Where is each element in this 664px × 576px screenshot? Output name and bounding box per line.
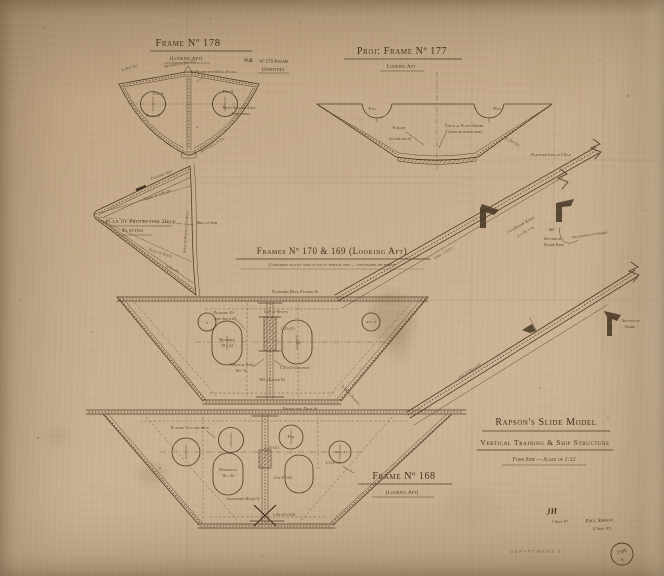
frame-177-subtitle: Looking Aft xyxy=(387,64,416,70)
frame-168-title: Frame Nº 168 xyxy=(372,471,435,482)
annotation-label: Vertical Plate Girder xyxy=(445,123,484,128)
paper-stains xyxy=(19,0,648,576)
annotation-label: M.L. (Lower ⅞) xyxy=(259,378,285,382)
annotation-label: Platform Line at Z Bar xyxy=(531,153,570,157)
annotation-label: At Protective Deck 2¾ dia xyxy=(190,69,238,74)
annotation-label: L 3×2½ ⅜ xyxy=(326,461,341,465)
annotation-label: (in one piece) xyxy=(389,137,412,141)
title-block-line1: Rapson's Slide Model xyxy=(495,417,596,428)
annotation-label: L 2½×2½ xyxy=(265,446,279,450)
annotation-label: F'ld xyxy=(493,106,501,111)
annotation-label: (similar other side) xyxy=(448,130,482,134)
title-block-scale: Fore Side — Scale of 1:12 xyxy=(511,457,575,463)
note-omitted-block: N.B. Nº 179 Frame (Omitted) xyxy=(244,59,289,73)
break-mark xyxy=(591,139,601,159)
annotation-label: Airh. ⅞ xyxy=(366,320,377,324)
annotation-label: ⅜ plate xyxy=(392,125,405,130)
annotation-label: Seam of Plate xyxy=(148,248,172,259)
stamp-letter: A xyxy=(620,557,624,562)
signature-name: Paul Simson xyxy=(584,517,613,524)
annotation-label: F'ld xyxy=(368,106,376,111)
annotation-label: Section of xyxy=(544,237,562,241)
annotation-label: Bottom L 3×2½ xyxy=(199,136,225,154)
annotation-label: Manhole xyxy=(219,338,235,342)
frames-170-169-title: Frames Nº 170 & 169 (Looking Aft) xyxy=(257,246,407,256)
title-block: Rapson's Slide Model Vertical Training &… xyxy=(477,417,613,465)
title-block-line2: Vertical Training & Ship Structure xyxy=(480,438,610,447)
register-stamp: 1588 A xyxy=(611,543,633,565)
annotation-label: 24 xyxy=(296,341,300,345)
annotation-label: Vertical Keel xyxy=(230,363,255,367)
drawing-canvas: N.B. Nº 179 Frame (Omitted) Plan of Prot… xyxy=(0,0,664,576)
footer-stamp-text: DEPARTMENT 4 xyxy=(510,549,562,554)
annotation-label: Platform Deck Plating ⅜ xyxy=(272,289,318,294)
annotation-label: 2 Ls 3×2½×5/16 xyxy=(458,363,482,380)
annotation-label: 16 × 24 xyxy=(222,474,234,478)
annotation-label: Frame xyxy=(624,325,635,329)
annotation-label: Airh. ⅞ xyxy=(335,450,346,454)
annotation-label: Protective Deck ⅜ xyxy=(283,406,317,411)
angle-section-sketch xyxy=(556,199,574,222)
stamp-number: 1588 xyxy=(616,548,628,556)
annotation-label: L 2½×2½ xyxy=(505,136,521,148)
note-prefix: N.B. xyxy=(244,59,254,64)
frame-168-subtitle: (Looking Aft) xyxy=(386,489,419,496)
annotation-label: Line of Rivets xyxy=(264,310,288,314)
signature-date: 1 Sept. 97 xyxy=(552,519,569,524)
annotation-label: Frame Bars xyxy=(544,243,564,247)
manhole xyxy=(285,455,313,493)
annotation-label: L 2½×2½×5/16 xyxy=(273,513,296,517)
annotation-label: 30 × ⅜ xyxy=(236,369,247,373)
annotation-label: Manholes xyxy=(219,468,237,472)
break-mark xyxy=(558,169,568,189)
annotation-label: L 2½×2½ (double) xyxy=(280,366,310,370)
annotation-label: Mid. of Ship xyxy=(197,220,218,225)
frames-170-169-subtitle: Considered exactly alike in way of verti… xyxy=(269,262,397,267)
annotation-label: L 2½×2½ xyxy=(281,327,295,331)
vertical-keel xyxy=(256,302,284,399)
note-line1: Nº 179 Frame xyxy=(259,59,289,65)
frame-177-drawing xyxy=(317,72,552,172)
annotation-label: F'ld ⅞ xyxy=(223,89,234,94)
signature-date2: (1 Sept. 97) xyxy=(593,527,612,531)
annotation-label: ⅜ Plate xyxy=(165,265,179,273)
deck-plan-title-line2: Plating xyxy=(122,228,144,234)
annotation-label: Rivet Spacing 4 dia xyxy=(223,105,257,110)
annotation-label: Seam of ⅜ Plate xyxy=(144,189,172,202)
annotation-label: 15 × 24 xyxy=(221,344,233,348)
annotation-label: Lightening xyxy=(232,111,252,116)
paper-sheet: N.B. Nº 179 Frame (Omitted) Plan of Prot… xyxy=(0,0,664,576)
annotation-label: F'ld xyxy=(288,435,295,439)
frame-177-title: Proj: Frame Nº 177 xyxy=(357,46,447,57)
vertical-keel xyxy=(250,414,284,526)
annotation-label: Flanges 1½ xyxy=(214,310,234,315)
annotation-label: F'ld ⅞ xyxy=(153,91,164,96)
annotation-label: 66° xyxy=(549,227,555,232)
annotation-label: (see Sketch) xyxy=(215,317,237,321)
annotation-label: ⅞ xyxy=(196,125,199,129)
annotation-label: Section of xyxy=(622,319,640,323)
frame-178-title: Frame Nº 178 xyxy=(155,38,220,49)
note-line2: (Omitted) xyxy=(262,68,284,73)
annotation-label: Lightening Holes ⅞ xyxy=(226,497,260,501)
annotation-label: Plating ⅜ in one piece xyxy=(171,425,209,430)
deck-plan-title-line1: Plan of Protective Deck xyxy=(106,219,177,225)
annotation-label: Plate ⅜ xyxy=(146,113,160,118)
annotation-label: 2 Ls 2½×2½ xyxy=(274,476,293,480)
annotation-label: ⅞ xyxy=(206,321,209,325)
signature-monogram: JH xyxy=(545,505,558,516)
